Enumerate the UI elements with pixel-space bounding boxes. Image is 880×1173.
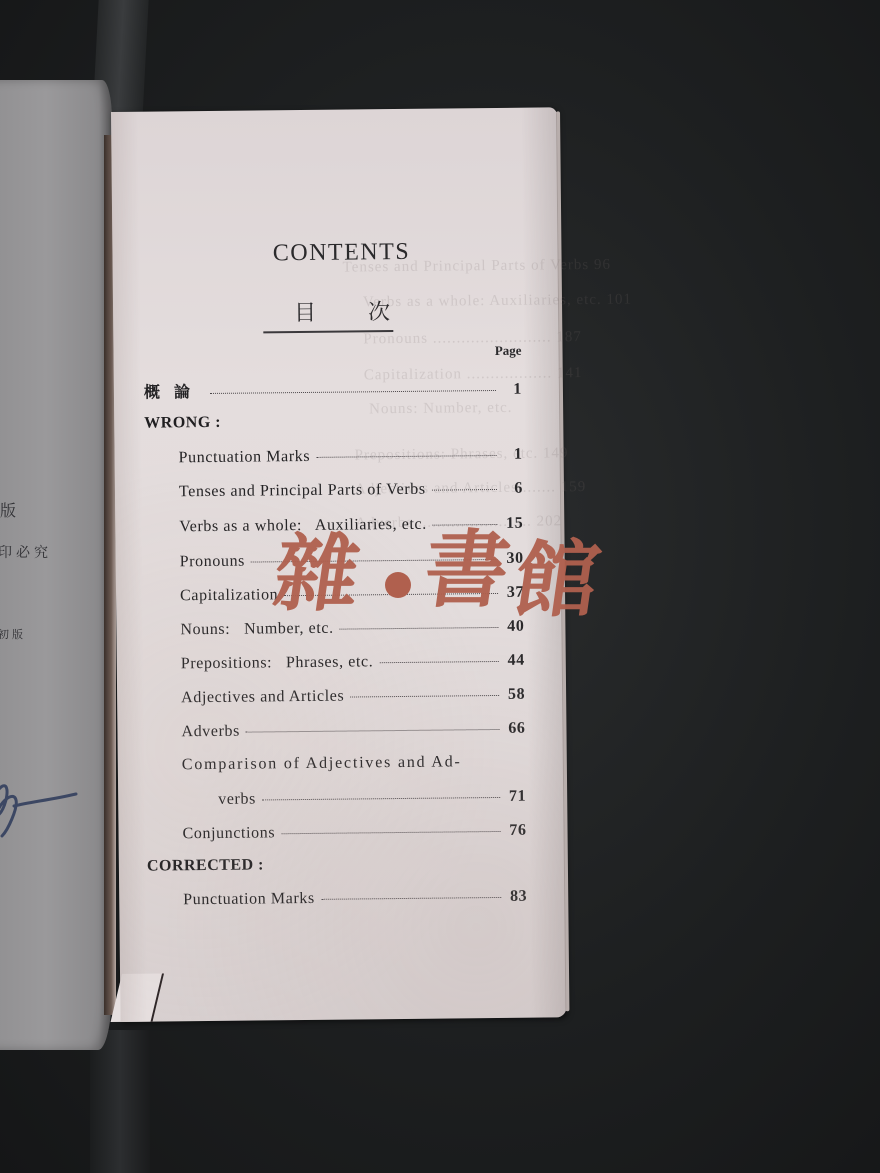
toc-entry-label: 概論	[144, 379, 204, 403]
left-page-text: 版	[0, 498, 16, 521]
leader-dots	[210, 390, 496, 394]
toc-entry-label: Pronouns	[180, 553, 245, 572]
book-cover-edge-bottom	[90, 1030, 150, 1173]
leader-dots	[316, 455, 496, 458]
bleed-through-text: Pronouns ......................... 187	[363, 329, 582, 348]
toc-entry-label: Adjectives and Articles	[181, 688, 344, 708]
leader-dots	[340, 627, 499, 630]
page-title: CONTENTS	[124, 237, 558, 269]
leader-dots	[284, 593, 498, 596]
toc-entry-page: 40	[504, 618, 524, 636]
toc-entry-page: 71	[506, 788, 526, 806]
toc-entry-label: Prepositions: Phrases, etc.	[181, 653, 374, 673]
bleed-through-text: Nouns: Number, etc.	[369, 400, 513, 419]
toc-entry-label-wrapped: Comparison of Adjectives and Ad-	[182, 753, 462, 774]
left-page: 版 印必究 初版	[0, 80, 112, 1050]
signature-icon	[0, 770, 80, 840]
toc-entry-page: 44	[505, 652, 525, 670]
leader-dots	[321, 897, 501, 900]
toc-entry[interactable]: Prepositions: Phrases, etc. 44	[181, 652, 525, 674]
toc-entry-page: 66	[505, 720, 525, 738]
toc-entry-label: Verbs as a whole: Auxiliaries, etc.	[179, 516, 427, 537]
section-heading-corrected: CORRECTED :	[147, 856, 264, 875]
toc-entry-page: 1	[503, 446, 523, 464]
toc-entry-label: Punctuation Marks	[183, 890, 315, 909]
left-page-text: 印必究	[0, 542, 52, 562]
toc-entry-page: 76	[506, 822, 526, 840]
toc-entry[interactable]: Pronouns 30	[180, 550, 524, 572]
page-title-chinese: 目次	[177, 293, 559, 328]
toc-entry-page: 83	[507, 888, 527, 906]
toc-entry-page: 58	[505, 686, 525, 704]
contents-page: Tenses and Principal Parts of Verbs 96 V…	[111, 107, 567, 1022]
toc-entry[interactable]: Tenses and Principal Parts of Verbs 6	[179, 480, 523, 502]
leader-dots	[262, 797, 500, 800]
leader-dots	[246, 729, 500, 733]
toc-entry-label: Tenses and Principal Parts of Verbs	[179, 481, 426, 502]
toc-entry-page: 30	[504, 550, 524, 568]
toc-entry[interactable]: Adverbs 66	[181, 720, 525, 742]
toc-entry-label: Nouns: Number, etc.	[180, 620, 333, 640]
toc-entry-page: 1	[502, 381, 522, 399]
toc-entry[interactable]: Capitalization 37	[180, 584, 524, 606]
toc-entry-page: 15	[503, 515, 523, 533]
leader-dots	[433, 524, 498, 526]
toc-entry-label: Capitalization	[180, 586, 278, 605]
leader-dots	[379, 661, 499, 663]
toc-entry[interactable]: verbs 71	[218, 788, 526, 809]
toc-entry-label: Punctuation Marks	[179, 448, 311, 467]
left-page-text: 初版	[0, 626, 26, 642]
leader-dots	[281, 831, 500, 834]
toc-entry[interactable]: Nouns: Number, etc. 40	[180, 618, 524, 640]
leader-dots	[432, 489, 497, 491]
toc-entry-label: Conjunctions	[182, 824, 275, 843]
toc-entry-label: verbs	[218, 791, 256, 809]
toc-entry-label: Adverbs	[181, 723, 240, 742]
section-heading-wrong: WRONG :	[144, 414, 221, 433]
toc-entry[interactable]: Adjectives and Articles 58	[181, 686, 525, 708]
toc-entry[interactable]: Punctuation Marks 83	[183, 888, 527, 910]
toc-entry[interactable]: 概論 1	[144, 376, 522, 403]
leader-dots	[251, 559, 498, 563]
toc-entry[interactable]: Conjunctions 76	[182, 822, 526, 844]
toc-entry-page: 37	[504, 584, 524, 602]
toc-entry-page: 6	[503, 480, 523, 498]
toc-entry[interactable]: Verbs as a whole: Auxiliaries, etc. 15	[179, 515, 523, 537]
page-column-label: Page	[495, 343, 522, 359]
toc-entry[interactable]: Punctuation Marks 1	[179, 446, 523, 468]
leader-dots	[350, 695, 499, 698]
